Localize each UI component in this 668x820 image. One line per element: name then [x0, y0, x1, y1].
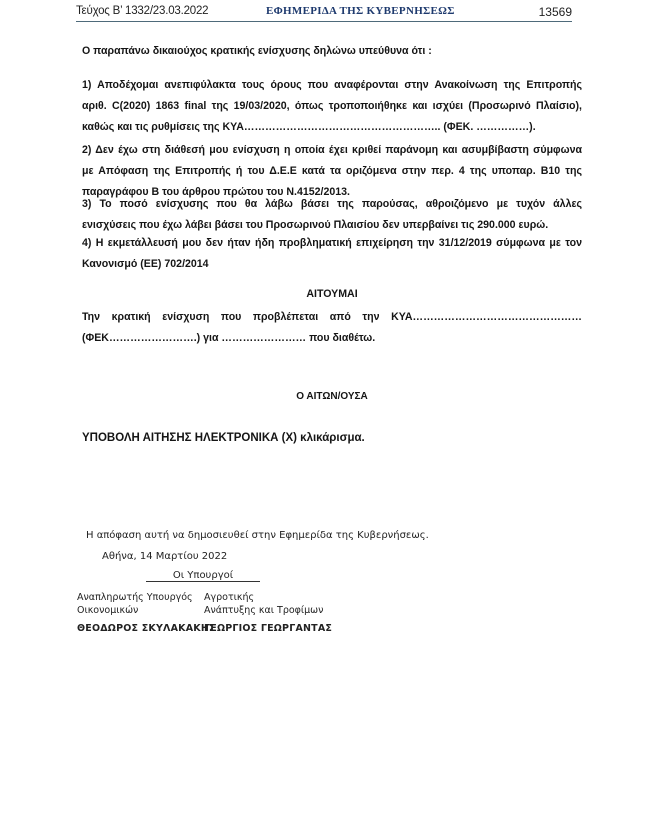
submission-note-text: ΥΠΟΒΟΛΗ ΑΙΤΗΣΗΣ ΗΛΕΚΤΡΟΝΙΚΑ (Χ) κλικάρισ… [82, 427, 582, 449]
request-block: Την κρατική ενίσχυση που προβλέπεται από… [82, 307, 582, 349]
signatory-2: Αγροτικής Ανάπτυξης και Τροφίμων ΓΕΩΡΓΙΟ… [204, 591, 332, 635]
ministers-label: Οι Υπουργοί [146, 570, 260, 581]
page-number: 13569 [539, 5, 572, 19]
signatory-2-name: ΓΕΩΡΓΙΟΣ ΓΕΩΡΓΑΝΤΑΣ [204, 622, 332, 635]
declaration-item-3: 3) Το ποσό ενίσχυσης που θα λάβω βάσει τ… [82, 194, 582, 236]
declaration-intro: Ο παραπάνω δικαιούχος κρατικής ενίσχυσης… [82, 40, 582, 62]
declaration-item-1: 1) Αποδέχομαι ανεπιφύλακτα τους όρους πο… [82, 75, 582, 138]
request-line-2: (ΦΕΚ…………………….) για …………………… που διαθέτω. [82, 328, 582, 349]
request-heading: ΑΙΤΟΥΜΑΙ [82, 288, 582, 300]
signatory-1-name: ΘΕΟΔΩΡΟΣ ΣΚΥΛΑΚΑΚΗΣ [77, 622, 216, 635]
item-4-line-1: 4) Η εκμετάλλευσή μου δεν ήταν ήδη προβλ… [82, 233, 582, 254]
item-2-line-2: με Απόφαση της Επιτροπής ή του Δ.Ε.Ε κατ… [82, 161, 582, 182]
ministers-underline [146, 581, 260, 582]
item-3-line-1: 3) Το ποσό ενίσχυσης που θα λάβω βάσει τ… [82, 194, 582, 215]
signatory-1-title-line-1: Αναπληρωτής Υπουργός [77, 591, 216, 604]
intro-text: Ο παραπάνω δικαιούχος κρατικής ενίσχυσης… [82, 40, 582, 62]
item-2-line-1: 2) Δεν έχω στη διάθεσή μου ενίσχυση η οπ… [82, 140, 582, 161]
place-date: Αθήνα, 14 Μαρτίου 2022 [102, 551, 227, 562]
request-line-1: Την κρατική ενίσχυση που προβλέπεται από… [82, 307, 582, 328]
gazette-title: ΕΦΗΜΕΡΙΔΑ ΤΗΣ ΚΥΒΕΡΝΗΣΕΩΣ [266, 5, 455, 17]
item-1-line-1: 1) Αποδέχομαι ανεπιφύλακτα τους όρους πο… [82, 75, 582, 96]
signatory-2-title-line-2: Ανάπτυξης και Τροφίμων [204, 604, 332, 617]
applicant-heading: Ο ΑΙΤΩΝ/ΟΥΣΑ [82, 391, 582, 402]
item-1-line-2: αριθ. C(2020) 1863 final της 19/03/2020,… [82, 96, 582, 117]
signatory-2-title-line-1: Αγροτικής [204, 591, 332, 604]
signatory-1-title-line-2: Οικονομικών [77, 604, 216, 617]
item-4-line-2: Κανονισμό (ΕΕ) 702/2014 [82, 254, 582, 275]
item-1-line-3: καθώς και τις ρυθμίσεις της ΚΥΑ………………………… [82, 117, 582, 138]
publication-note: Η απόφαση αυτή να δημοσιευθεί στην Εφημε… [86, 530, 429, 541]
submission-note: ΥΠΟΒΟΛΗ ΑΙΤΗΣΗΣ ΗΛΕΚΤΡΟΝΙΚΑ (Χ) κλικάρισ… [82, 427, 582, 449]
signatory-1: Αναπληρωτής Υπουργός Οικονομικών ΘΕΟΔΩΡΟ… [77, 591, 216, 635]
declaration-item-4: 4) Η εκμετάλλευσή μου δεν ήταν ήδη προβλ… [82, 233, 582, 275]
issue-number: Τεύχος B’ 1332/23.03.2022 [76, 5, 208, 17]
page-header: Τεύχος B’ 1332/23.03.2022 ΕΦΗΜΕΡΙΔΑ ΤΗΣ … [76, 3, 572, 22]
